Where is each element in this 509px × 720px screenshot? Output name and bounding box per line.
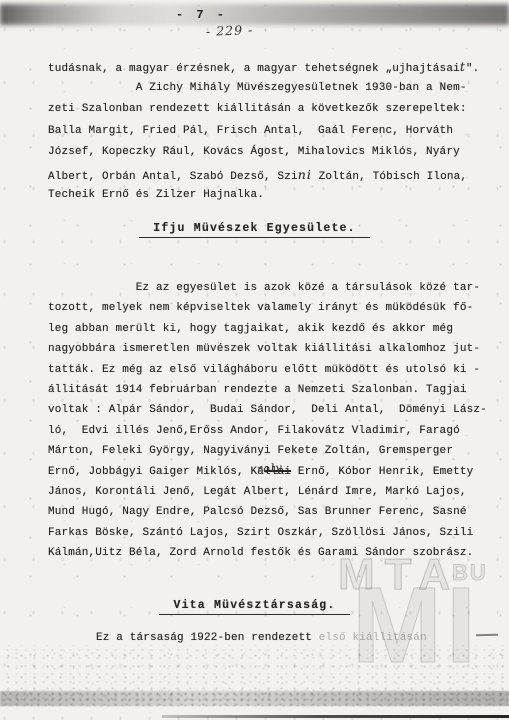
document-line: Farkas Böske, Szántó Lajos, Szirt Oszkár…: [48, 523, 488, 543]
document-line: József, Kopeczky Rául, Kovács Ágost, Mih…: [48, 142, 488, 164]
document-line: Kálmán,Uitz Béla, Zord Arnold festők és …: [48, 543, 488, 563]
handwritten-page-number: - 229 -: [206, 22, 254, 39]
document-line: voltak : Alpár Sándor, Budai Sándor, Del…: [48, 400, 488, 420]
society-paragraph: Ez az egyesület is azok közé a társuláso…: [48, 278, 488, 563]
intro-paragraph: tudásnak, a magyar érzésnek, a magyar te…: [48, 56, 488, 207]
typed-text: ".: [466, 63, 480, 75]
document-line: zeti Szalonban rendezett kiállitásán a k…: [48, 99, 488, 121]
handwritten-correction: roly: [256, 458, 283, 480]
document-line: Ernő, Jobbágyi Gaiger Miklós, Kállairoly…: [48, 462, 488, 482]
document-line: Balla Margit, Fried Pál, Frisch Antal, G…: [48, 121, 488, 143]
scanner-smudge-band: [0, 4, 509, 25]
typed-text: Zoltán, Tóbisch Ilona,: [312, 171, 467, 183]
document-line: Mund Hugó, Nagy Endre, Palcsó Dezső, Sas…: [48, 502, 488, 522]
document-line: Ez az egyesület is azok közé a társuláso…: [48, 278, 488, 298]
typed-text: Ernő, Kóbor Henrik, Emetty: [291, 466, 473, 478]
document-line: A Zichy Mihály Müvészegyesületnek 1930-b…: [48, 78, 488, 100]
typed-text: Albert, Orbán Antal, Szabó Dezső, Szi: [48, 171, 298, 183]
document-line: leg abban merült ki, hogy tagjaikat, aki…: [48, 319, 488, 339]
handwritten-insertion: ni: [298, 167, 312, 182]
scanned-page: - 7 - - 229 - tudásnak, a magyar érzésne…: [0, 0, 509, 720]
scan-edge-line: [162, 715, 509, 718]
watermark-letters-small: BU: [452, 560, 488, 586]
scan-noise-band: [0, 691, 509, 706]
faded-typed-text: első kiállitásán: [319, 632, 427, 644]
handwritten-dash: [476, 634, 498, 636]
typed-text: Ernő, Jobbágyi Gaiger Miklós, Ká: [48, 466, 264, 478]
section-heading-vita-muvesztarsasag: Vita Müvésztársaság.: [0, 599, 509, 612]
document-line: Techeik Ernő és Zilzer Hajnalka.: [48, 185, 488, 207]
document-line: tatták. Ez még az első világháboru előtt…: [48, 360, 488, 380]
document-line: tozott, melyek nem képviseltek valamely …: [48, 298, 488, 318]
document-line: tudásnak, a magyar érzésnek, a magyar te…: [48, 56, 488, 78]
typed-page-number: - 7 -: [176, 8, 227, 22]
document-line: ló, Edvi illés Jenő,Erőss Andor, Filakov…: [48, 421, 488, 441]
document-line: nagyobbára ismeretlen müvészek voltak ki…: [48, 339, 488, 359]
typed-text: Ez a társaság 1922-ben rendezett: [96, 632, 319, 644]
document-line: Albert, Orbán Antal, Szabó Dezső, Szini …: [48, 164, 488, 186]
typed-text: tudásnak, a magyar érzésnek, a magyar te…: [48, 63, 460, 75]
document-line: állitását 1914 februárban rendezte a Nem…: [48, 380, 488, 400]
section-heading-ifju-muveszek: Ifju Müvészek Egyesülete.: [0, 222, 509, 235]
document-line: János, Korontáli Jenő, Legát Albert, Lén…: [48, 482, 488, 502]
